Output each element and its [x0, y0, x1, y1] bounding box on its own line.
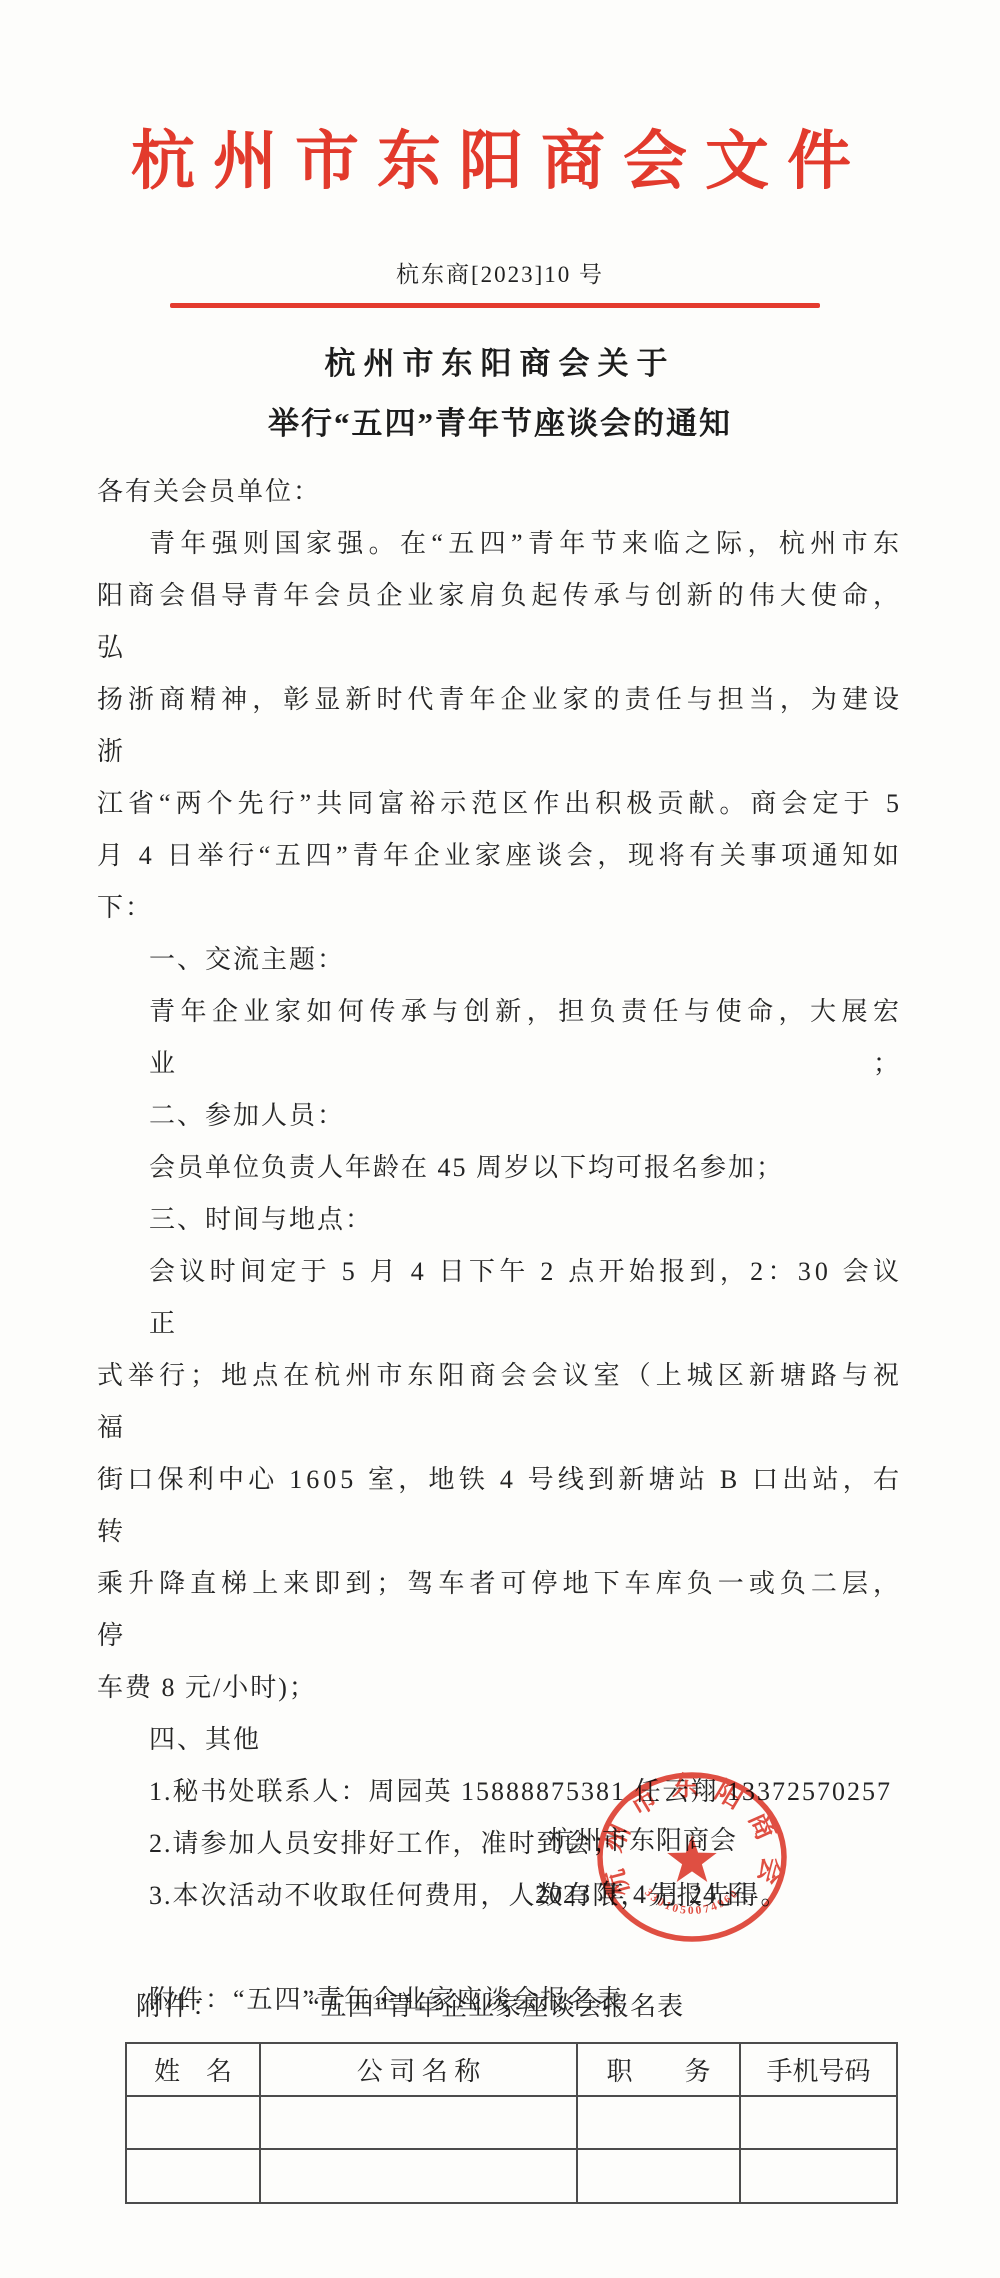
table-cell	[740, 2149, 897, 2203]
table-row	[126, 2149, 897, 2203]
body-line: 青年强则国家强。在“五四”青年节来临之际，杭州市东	[97, 518, 903, 570]
notice-title-line1: 杭州市东阳商会关于	[0, 338, 1000, 383]
table-cell	[260, 2096, 577, 2149]
body-line-section-1: 一、交流主题：	[97, 934, 903, 986]
seal-star-icon	[667, 1835, 716, 1882]
header-cell-company: 公 司 名 称	[260, 2043, 577, 2096]
signup-table-header-row: 姓 名 公 司 名 称 职 务 手机号码	[126, 2043, 897, 2096]
table-cell	[126, 2149, 260, 2203]
seal-graphic: 杭州市东阳商会 3301050074960	[596, 1772, 789, 1939]
seal-number-text: 3301050074960	[642, 1887, 742, 1917]
body-line-section-2: 二、参加人员：	[97, 1090, 903, 1142]
table-row	[126, 2096, 897, 2149]
table-cell	[577, 2149, 740, 2203]
attachment-title: “五四”青年企业家座谈会报名表	[308, 1986, 684, 2023]
body-line: 阳商会倡导青年会员企业家肩负起传承与创新的伟大使命，弘	[97, 570, 903, 674]
header-cell-name: 姓 名	[126, 2043, 260, 2096]
table-cell	[126, 2096, 260, 2149]
body-line: 会议时间定于 5 月 4 日下午 2 点开始报到，2：30 会议正	[97, 1246, 903, 1350]
document-banner-title: 杭州市东阳商会文件	[0, 110, 1000, 202]
body-line-salutation: 各有关会员单位：	[97, 466, 903, 518]
body-line: 下：	[97, 882, 903, 934]
table-cell	[740, 2096, 897, 2149]
body-line: 青年企业家如何传承与创新，担负责任与使命，大展宏业；	[97, 986, 903, 1090]
document-page: 杭州市东阳商会文件 杭东商[2023]10 号 杭州市东阳商会关于 举行“五四”…	[0, 0, 1000, 2278]
body-line: 街口保利中心 1605 室，地铁 4 号线到新塘站 B 口出站，右转	[97, 1454, 903, 1558]
body-line: 式举行；地点在杭州市东阳商会会议室（上城区新塘路与祝福	[97, 1350, 903, 1454]
doc-number: 杭东商[2023]10 号	[0, 256, 1000, 289]
signup-table: 姓 名 公 司 名 称 职 务 手机号码	[125, 2042, 898, 2204]
body-line: 扬浙商精神，彰显新时代青年企业家的责任与担当，为建设浙	[97, 674, 903, 778]
body-line: 会员单位负责人年龄在 45 周岁以下均可报名参加；	[97, 1142, 903, 1194]
official-seal: 杭州市东阳商会 3301050074960	[590, 1762, 794, 1952]
red-divider	[170, 303, 820, 308]
table-cell	[577, 2096, 740, 2149]
body-line-section-3: 三、时间与地点：	[97, 1194, 903, 1246]
attachment-label: 附件：	[136, 1986, 220, 2023]
body-line-section-4: 四、其他	[97, 1714, 903, 1766]
body-line: 乘升降直梯上来即到；驾车者可停地下车库负一或负二层，停	[97, 1558, 903, 1662]
header-cell-phone: 手机号码	[740, 2043, 897, 2096]
body-line: 江省“两个先行”共同富裕示范区作出积极贡献。商会定于 5	[97, 778, 903, 830]
table-cell	[260, 2149, 577, 2203]
body-line: 月 4 日举行“五四”青年企业家座谈会，现将有关事项通知如	[97, 830, 903, 882]
notice-title-line2: 举行“五四”青年节座谈会的通知	[0, 398, 1000, 443]
header-cell-title: 职 务	[577, 2043, 740, 2096]
body-line: 车费 8 元/小时)；	[97, 1662, 903, 1714]
